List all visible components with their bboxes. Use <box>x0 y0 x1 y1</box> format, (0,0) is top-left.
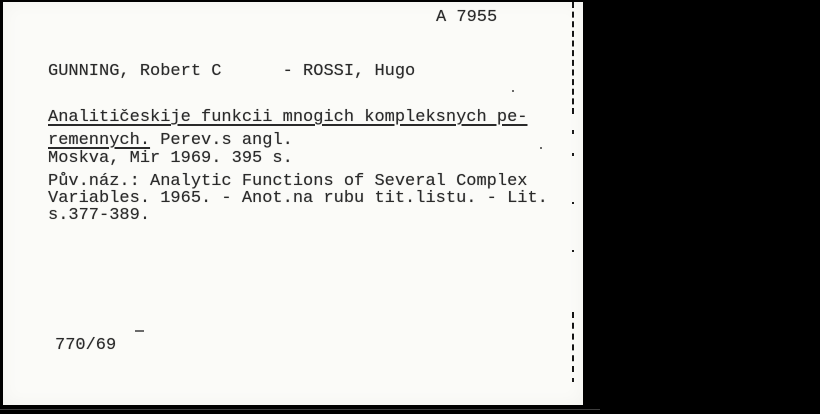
perforation-speck <box>572 250 574 252</box>
author-line: GUNNING, Robert C - ROSSI, Hugo <box>48 62 415 81</box>
catalog-card: A 7955 GUNNING, Robert C - ROSSI, Hugo A… <box>3 2 583 405</box>
perforation-line-top <box>572 2 574 114</box>
perforation-speck <box>572 202 574 204</box>
scanned-page: A 7955 GUNNING, Robert C - ROSSI, Hugo A… <box>0 0 820 414</box>
perforation-line-bottom <box>572 312 574 372</box>
title-line-1: Analitičeskije funkcii mnogich kompleksn… <box>48 108 527 127</box>
perforation-speck <box>572 130 574 134</box>
accession-number: 770/69 <box>55 336 116 355</box>
title-line-2-underlined: remennych. <box>48 131 150 150</box>
perforation-speck <box>572 153 574 156</box>
title-line-2: remennych. Perev.s angl. <box>48 131 293 150</box>
scan-noise <box>512 90 514 92</box>
title-line-1-text: Analitičeskije funkcii mnogich kompleksn… <box>48 108 527 127</box>
call-number: A 7955 <box>436 8 497 27</box>
scan-edge-line <box>0 409 600 410</box>
scan-noise <box>540 147 542 149</box>
imprint-line: Moskva, Mir 1969. 395 s. <box>48 149 293 168</box>
scan-noise <box>135 330 144 332</box>
perforation-speck <box>572 378 574 382</box>
title-line-2-rest: Perev.s angl. <box>150 131 293 150</box>
note-line-3: s.377-389. <box>48 206 150 225</box>
